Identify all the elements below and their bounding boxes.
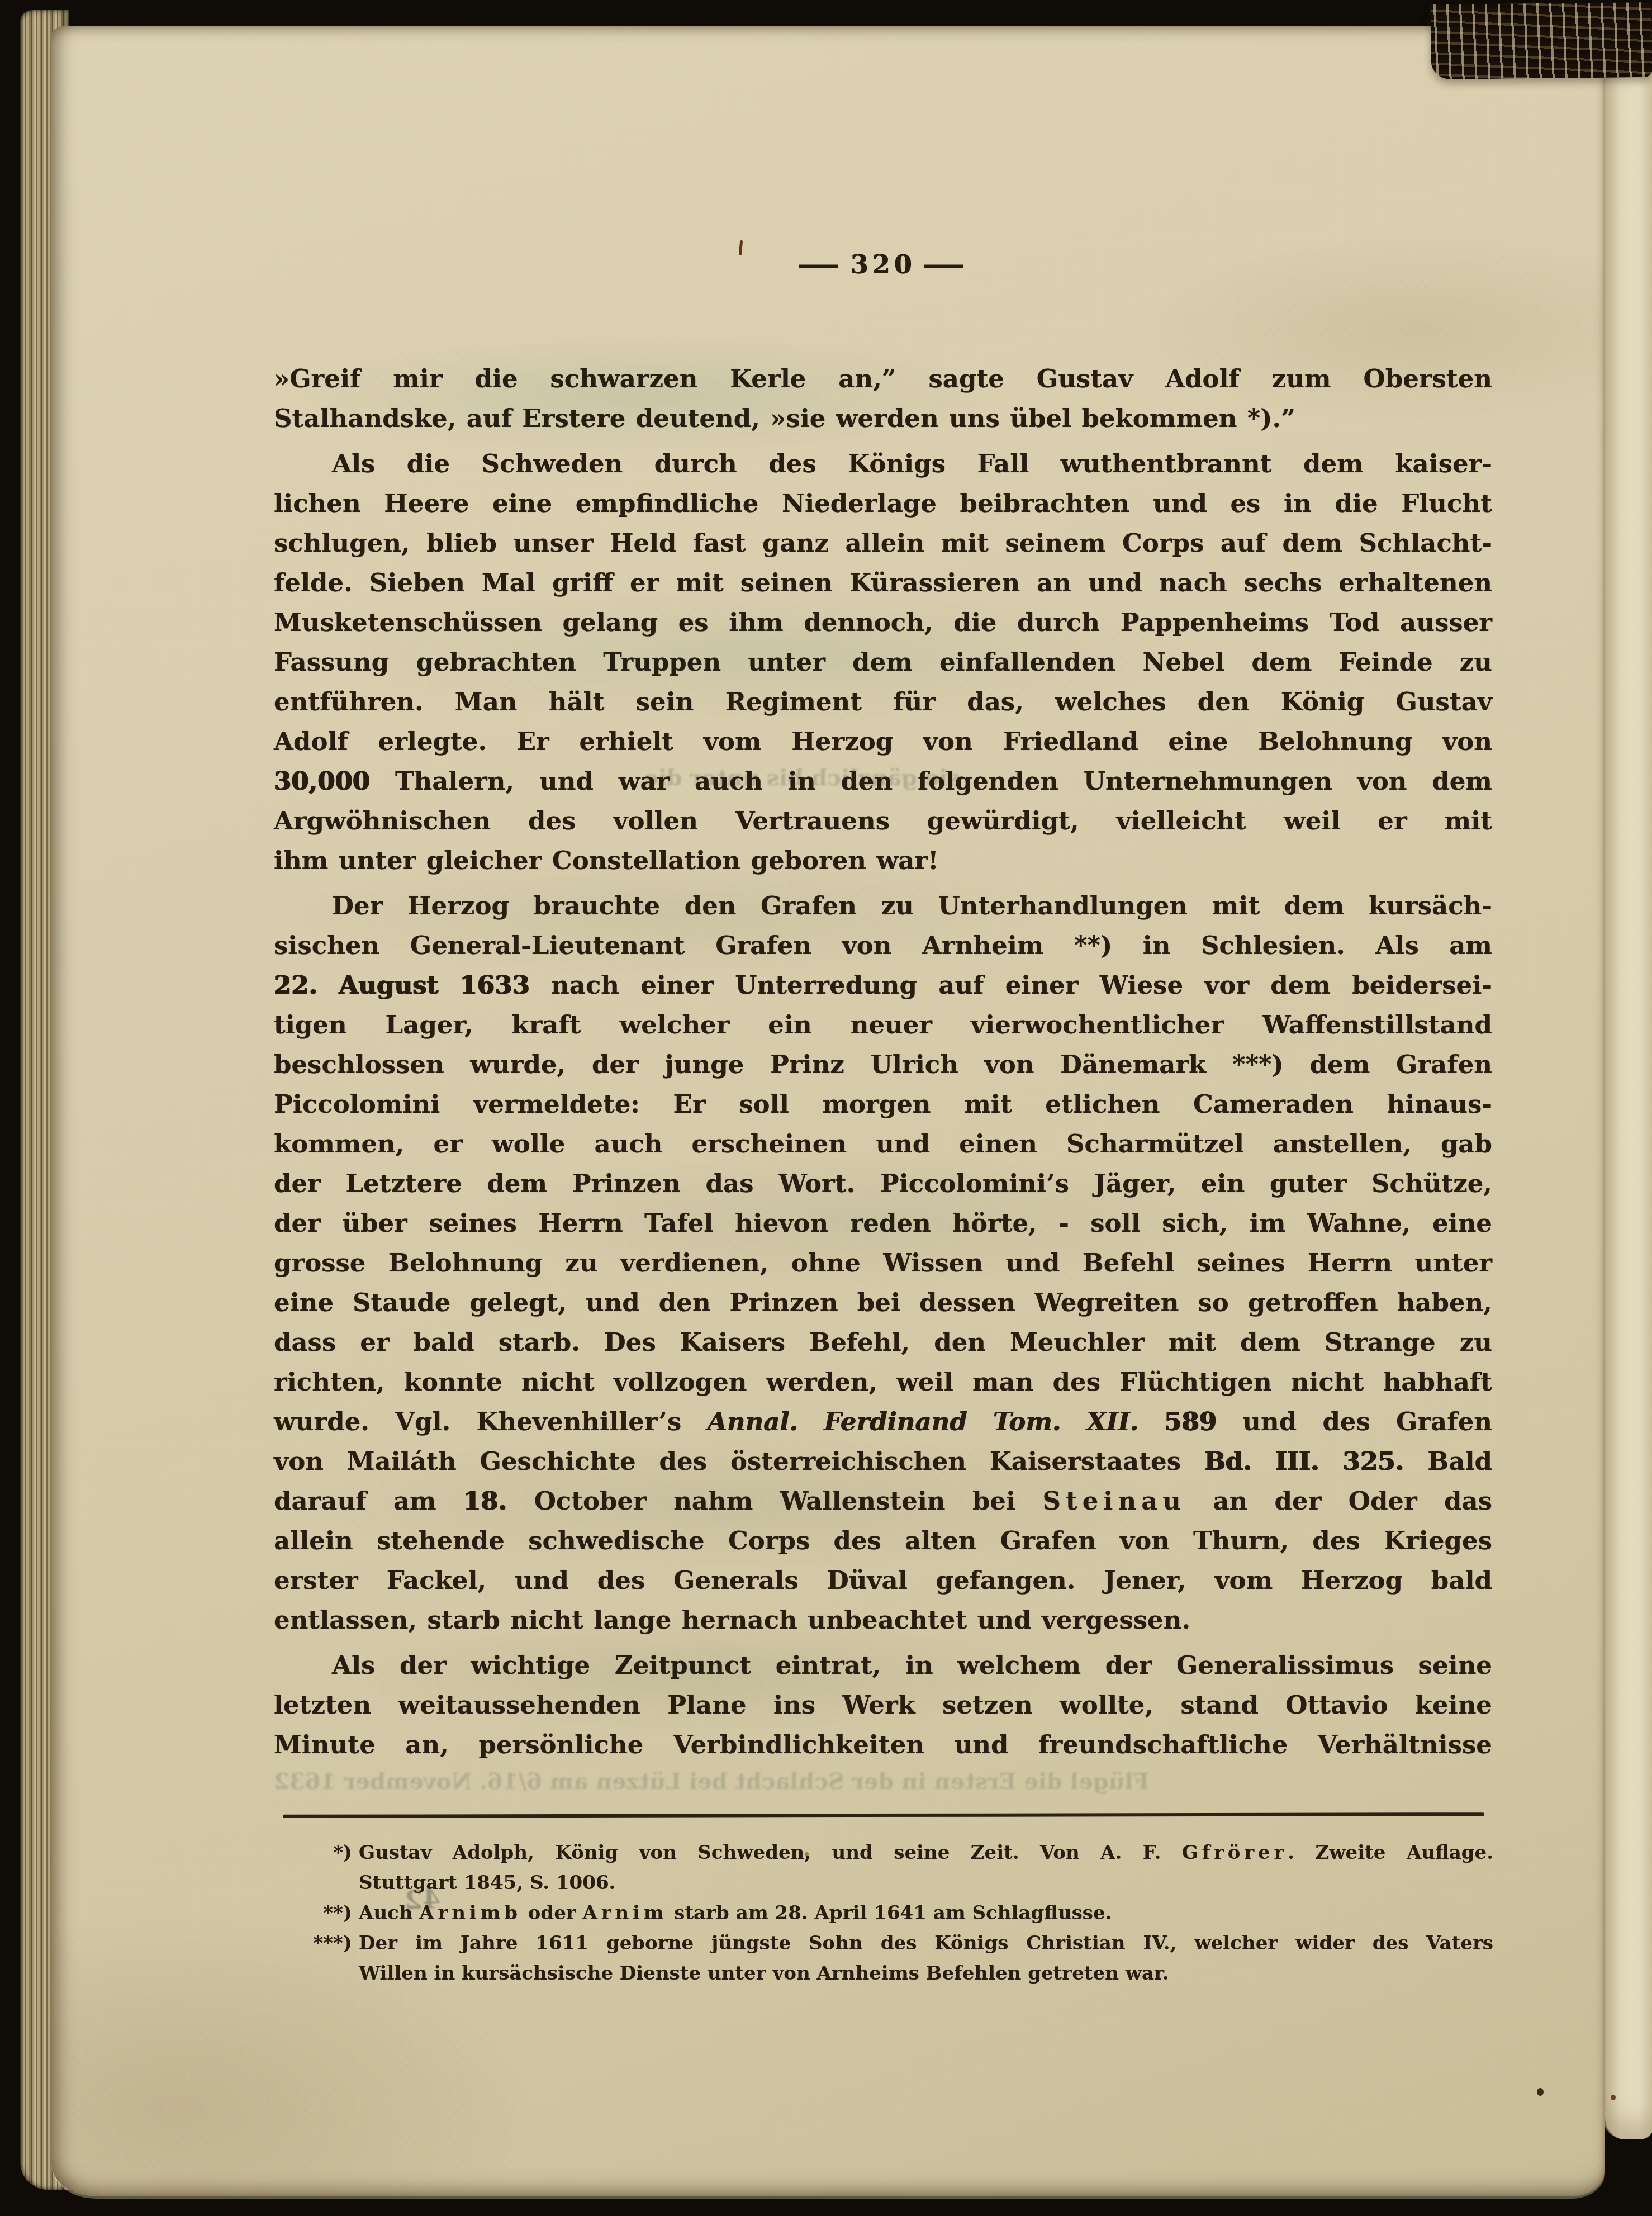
- emphasized-text: Arnimb: [419, 1902, 521, 1924]
- footnote-marker: **): [323, 1898, 359, 1928]
- text-segment: von Mailáth Geschichte des österreichisc…: [274, 1446, 1204, 1476]
- text-line: ihm unter gleicher Constellation geboren…: [274, 841, 1492, 880]
- text-segment: Auch: [359, 1902, 419, 1924]
- footnote-line: Willen in kursächsische Dienste unter vo…: [359, 1958, 1493, 1989]
- ink-speck: [1611, 2095, 1616, 2100]
- text-line: Piccolomini vermeldete: Er soll morgen m…: [274, 1084, 1492, 1124]
- text-line: der Letztere dem Prinzen das Wort. Picco…: [274, 1164, 1492, 1203]
- text-segment: nach einer Unterredung auf einer Wiese v…: [530, 970, 1492, 1000]
- text-segment: felde. Sieben Mal griff er mit seinen Kü…: [274, 568, 1492, 597]
- text-segment: Minute an, persönliche Verbindlichkeiten…: [274, 1730, 1492, 1759]
- text-segment: »Greif mir die schwarzen Kerle an,” sagt…: [274, 364, 1492, 393]
- text-line: eine Staude gelegt, und den Prinzen bei …: [274, 1283, 1492, 1322]
- text-line: wurde. Vgl. Khevenhiller’s Annal. Ferdin…: [274, 1402, 1492, 1441]
- text-segment: der über seines Herrn Tafel hievon reden…: [274, 1208, 1492, 1238]
- text-line: entführen. Man hält sein Regiment für da…: [274, 682, 1492, 722]
- text-line: lichen Heere eine empfindliche Niederlag…: [274, 483, 1492, 523]
- footnote-line: Stuttgart 1845, S. 1006.: [359, 1868, 1493, 1898]
- text-segment: Argwöhnischen des vollen Vertrauens gewü…: [274, 806, 1492, 836]
- text-segment: richten, konnte nicht vollzogen werden, …: [274, 1367, 1492, 1397]
- text-segment: eine Staude gelegt, und den Prinzen bei …: [274, 1288, 1492, 1317]
- emphasized-text: Arnim: [583, 1902, 668, 1924]
- text-segment: erster Fackel, und des Generals Düval ge…: [274, 1565, 1492, 1595]
- main-text: »Greif mir die schwarzen Kerle an,” sagt…: [274, 359, 1492, 1764]
- scanned-book-page: —320— sie gänzlich bis unter die Flügel …: [0, 0, 1652, 2216]
- text-line: felde. Sieben Mal griff er mit seinen Kü…: [274, 563, 1492, 602]
- text-line: darauf am 18. October nahm Wallenstein b…: [274, 1481, 1492, 1521]
- text-line: Als der wichtige Zeitpunct eintrat, in w…: [274, 1645, 1492, 1685]
- footnote: **)Auch Arnimb oder Arnim starb am 28. A…: [359, 1898, 1493, 1928]
- text-line: kommen, er wolle auch erscheinen und ein…: [274, 1124, 1492, 1164]
- text-segment: entführen. Man hält sein Regiment für da…: [274, 687, 1492, 716]
- footnote-marker: *): [333, 1838, 359, 1868]
- text-segment: Fassung gebrachten Truppen unter dem ein…: [274, 647, 1492, 677]
- footnote-line: **)Auch Arnimb oder Arnim starb am 28. A…: [359, 1898, 1493, 1928]
- text-segment: Als die Schweden durch des Königs Fall w…: [332, 449, 1492, 478]
- text-line: Stalhandske, auf Erstere deutend, »sie w…: [274, 398, 1492, 438]
- bleedthrough-text-line: Flügel die Ersten in der Schlacht bei Lü…: [274, 1768, 1492, 1795]
- text-line: grosse Belohnung zu verdienen, ohne Wiss…: [274, 1243, 1492, 1283]
- text-segment: wurde. Vgl. Khevenhiller’s: [274, 1407, 708, 1436]
- text-segment: Gustav Adolph, König von Schweden, und s…: [359, 1842, 1182, 1864]
- paragraph: »Greif mir die schwarzen Kerle an,” sagt…: [274, 359, 1492, 438]
- text-segment: beschlossen wurde, der junge Prinz Ulric…: [274, 1050, 1492, 1079]
- paragraph: Als die Schweden durch des Königs Fall w…: [274, 444, 1492, 880]
- text-line: allein stehende schwedische Corps des al…: [274, 1521, 1492, 1560]
- paragraph: Als der wichtige Zeitpunct eintrat, in w…: [274, 1645, 1492, 1764]
- text-segment: Der Herzog brauchte den Grafen zu Unterh…: [332, 891, 1492, 920]
- adjacent-page-edge: [1603, 34, 1652, 2139]
- emphasized-text: Bd. III. 325.: [1204, 1446, 1404, 1476]
- text-line: entlassen, starb nicht lange hernach unb…: [274, 1600, 1492, 1640]
- text-line: Minute an, persönliche Verbindlichkeiten…: [274, 1725, 1492, 1764]
- text-line: Fassung gebrachten Truppen unter dem ein…: [274, 642, 1492, 682]
- text-segment: allein stehende schwedische Corps des al…: [274, 1526, 1492, 1555]
- text-segment: starb am 28. April 1641 am Schlagflusse.: [667, 1902, 1112, 1924]
- text-line: schlugen, blieb unser Held fast ganz all…: [274, 523, 1492, 563]
- ink-speck: [1537, 2088, 1544, 2096]
- footnote-line: ***)Der im Jahre 1611 geborne jüngste So…: [359, 1928, 1493, 1958]
- text-line: Der Herzog brauchte den Grafen zu Unterh…: [274, 886, 1492, 926]
- text-segment: Stalhandske, auf Erstere deutend, »sie w…: [274, 404, 1295, 433]
- headband-texture: [1430, 2, 1652, 79]
- text-line: 22. August 1633 nach einer Unterredung a…: [274, 965, 1492, 1005]
- footnote: *)Gustav Adolph, König von Schweden, und…: [359, 1838, 1493, 1898]
- text-line: letzten weitaussehenden Plane ins Werk s…: [274, 1685, 1492, 1725]
- text-segment: an der Oder das: [1186, 1486, 1492, 1516]
- text-line: tigen Lager, kraft welcher ein neuer vie…: [274, 1005, 1492, 1045]
- text-segment: Der im Jahre 1611 geborne jüngste Sohn d…: [359, 1932, 1493, 1954]
- footnote-marker: ***): [314, 1928, 359, 1958]
- footnote-separator: [283, 1812, 1484, 1818]
- text-segment: Piccolomini vermeldete: Er soll morgen m…: [274, 1089, 1492, 1119]
- text-segment: sischen General-Lieutenant Grafen von Ar…: [274, 931, 1492, 960]
- emphasized-text: 30,000: [274, 766, 370, 796]
- text-segment: lichen Heere eine empfindliche Niederlag…: [274, 488, 1492, 518]
- text-segment: oder: [521, 1902, 583, 1924]
- text-segment: grosse Belohnung zu verdienen, ohne Wiss…: [274, 1248, 1492, 1278]
- text-line: Adolf erlegte. Er erhielt vom Herzog von…: [274, 722, 1492, 761]
- text-line: richten, konnte nicht vollzogen werden, …: [274, 1362, 1492, 1402]
- text-segment: tigen Lager, kraft welcher ein neuer vie…: [274, 1010, 1492, 1040]
- text-segment: Bald: [1404, 1446, 1492, 1476]
- emphasized-text: 22. August 1633: [274, 970, 530, 1000]
- emphasized-text: Annal. Ferdinand Tom. XII.: [708, 1407, 1139, 1436]
- page-number-right-dash: —: [922, 249, 969, 279]
- text-line: Als die Schweden durch des Königs Fall w…: [274, 444, 1492, 483]
- text-segment: ihm unter gleicher Constellation geboren…: [274, 846, 939, 875]
- text-segment: Willen in kursächsische Dienste unter vo…: [359, 1962, 1169, 1985]
- emphasized-text: Gfrörer: [1182, 1842, 1288, 1864]
- text-line: sischen General-Lieutenant Grafen von Ar…: [274, 926, 1492, 965]
- footnote-line: *)Gustav Adolph, König von Schweden, und…: [359, 1838, 1493, 1868]
- footnote: ***)Der im Jahre 1611 geborne jüngste So…: [359, 1928, 1493, 1989]
- text-segment: schlugen, blieb unser Held fast ganz all…: [274, 528, 1492, 558]
- text-segment: letzten weitaussehenden Plane ins Werk s…: [274, 1690, 1492, 1720]
- text-line: von Mailáth Geschichte des österreichisc…: [274, 1441, 1492, 1481]
- text-segment: Adolf erlegte. Er erhielt vom Herzog von…: [274, 727, 1492, 756]
- text-segment: darauf am: [274, 1486, 463, 1516]
- text-line: 30,000 Thalern, und war auch in den folg…: [274, 761, 1492, 801]
- text-segment: . Zweite Auflage.: [1288, 1842, 1493, 1864]
- page-number-value: 320: [850, 249, 915, 279]
- text-segment: Thalern, und war auch in den folgenden U…: [370, 766, 1492, 796]
- text-segment: Als der wichtige Zeitpunct eintrat, in w…: [332, 1650, 1492, 1680]
- ink-speck: [805, 1852, 809, 1856]
- text-line: »Greif mir die schwarzen Kerle an,” sagt…: [274, 359, 1492, 398]
- page-number: —320—: [274, 249, 1492, 279]
- text-segment: Musketenschüssen gelang es ihm dennoch, …: [274, 608, 1492, 637]
- footnotes: *)Gustav Adolph, König von Schweden, und…: [359, 1838, 1493, 1989]
- paragraph: Der Herzog brauchte den Grafen zu Unterh…: [274, 886, 1492, 1640]
- text-line: Musketenschüssen gelang es ihm dennoch, …: [274, 602, 1492, 642]
- emphasized-text: 589: [1138, 1407, 1217, 1436]
- text-segment: und des Grafen: [1217, 1407, 1492, 1436]
- text-segment: kommen, er wolle auch erscheinen und ein…: [274, 1129, 1492, 1159]
- text-segment: dass er bald starb. Des Kaisers Befehl, …: [274, 1327, 1492, 1357]
- text-line: Argwöhnischen des vollen Vertrauens gewü…: [274, 801, 1492, 841]
- text-segment: der Letztere dem Prinzen das Wort. Picco…: [274, 1169, 1492, 1198]
- text-segment: October nahm Wallenstein bei: [507, 1486, 1042, 1516]
- page-number-left-dash: —: [797, 249, 844, 279]
- emphasized-text: 18.: [463, 1486, 507, 1516]
- book-page: —320— sie gänzlich bis unter die Flügel …: [51, 26, 1605, 2196]
- text-segment: Stuttgart 1845, S. 1006.: [359, 1872, 615, 1894]
- text-line: erster Fackel, und des Generals Düval ge…: [274, 1560, 1492, 1600]
- text-line: beschlossen wurde, der junge Prinz Ulric…: [274, 1045, 1492, 1084]
- text-line: dass er bald starb. Des Kaisers Befehl, …: [274, 1322, 1492, 1362]
- text-line: der über seines Herrn Tafel hievon reden…: [274, 1203, 1492, 1243]
- text-segment: entlassen, starb nicht lange hernach unb…: [274, 1605, 1190, 1635]
- emphasized-text: Steinau: [1042, 1486, 1186, 1516]
